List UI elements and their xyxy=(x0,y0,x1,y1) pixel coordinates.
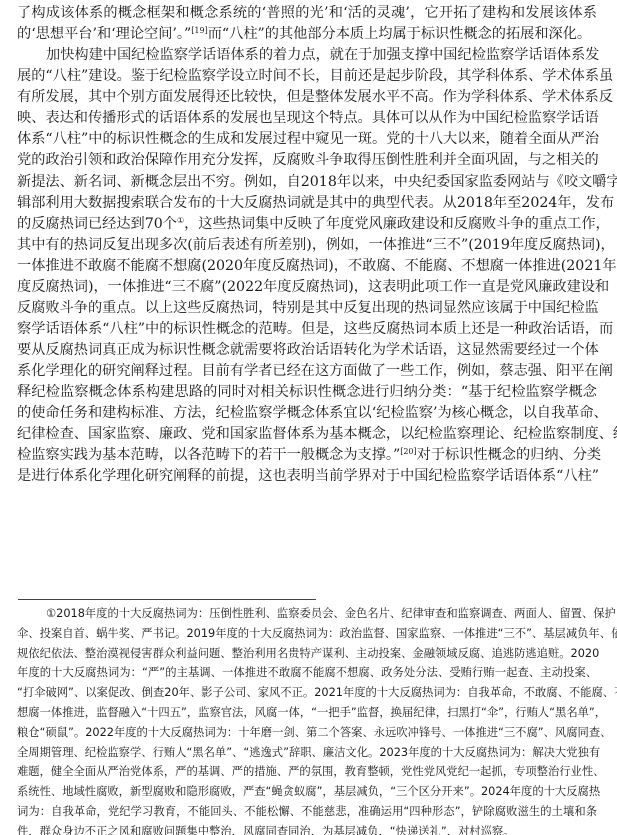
text-line: 展的“八柱”建设。鉴于纪检监察学设立时间不长，目前还是起步阶段，其学科体系、学术… xyxy=(17,66,597,87)
footnote-line: 件，群众身边不正之风和腐败问题集中整治，风腐同查同治，为基层减负，“快递送礼”，… xyxy=(17,822,597,835)
text-line: 了构成该体系的概念框架和概念系统的‘普照的光’和‘活的灵魂’，它开拓了建构和发展… xyxy=(17,3,597,24)
text-line: 释纪检监察概念体系构建思路的同时对相关标识性概念进行归纳分类：“基于纪检监察学概… xyxy=(17,382,597,403)
text-fragment: 对于标识性概念的归纳、分类 xyxy=(417,447,601,463)
citation-ref-20[interactable]: [20] xyxy=(400,447,416,456)
text-line: 的‘思想平台’和‘理论空间’。”[19]而“八柱”的其他部分本质上均属于标识性概… xyxy=(17,24,597,45)
text-line: 一体推进不敢腐不能腐不想腐(2020年度反腐热词)，不敢腐、不能腐、不想腐一体推… xyxy=(17,256,597,277)
text-line: 反腐败斗争的重点。以上这些反腐热词，特别是其中反复出现的热词显然应该属于中国纪检… xyxy=(17,298,597,319)
text-line: 其中有的热词反复出现多次(前后表述有所差别)，例如，一体推进“三不”(2019年… xyxy=(17,235,597,256)
footnote-line: 词为：自我革命，党纪学习教育，不能回头、不能松懈、不能慈悲，准确运用“四种形态”… xyxy=(17,802,597,822)
text-line: 系化学理化的研究阐释过程。目前有学者已经在这方面做了一些工作，例如，蔡志强、阳平… xyxy=(17,361,597,382)
footnote-line: “打伞破网”、以案促改、倒查20年、影子公司、家风不正。2021年度的十大反腐热… xyxy=(17,683,597,703)
text-line: 党的政治引领和政治保障作用充分发挥，反腐败斗争取得压倒性胜利并全面巩固，与之相关… xyxy=(17,150,597,171)
text-line: 映、表达和传播形式的话语体系的发展也呈现这个特点。具体可以从作为中国纪检监察学话… xyxy=(17,108,597,129)
citation-ref-19[interactable]: [19] xyxy=(191,26,207,35)
main-body-text: 了构成该体系的概念框架和概念系统的‘普照的光’和‘活的灵魂’，它开拓了建构和发展… xyxy=(17,3,597,487)
footnote-line: 粮仓“硕鼠”。2022年度的十大反腐热词为：十年磨一剑、第二个答案、永远吹冲锋号… xyxy=(17,723,597,743)
footnote-line: ①2018年度的十大反腐热词为：压倒性胜利、监察委员会、金色名片、纪律审查和监察… xyxy=(17,604,597,624)
footnote-line: 想腐一体推进，监督融入“十四五”，监察官法，风腐一体，“一把手”监督，换届纪律，… xyxy=(17,703,597,723)
text-line: 体系“八柱”中的标识性概念的生成和发展过程中窥见一斑。党的十八大以来，随着全面从… xyxy=(17,129,597,150)
text-line: 的使命任务和建构标准、方法，纪检监察学概念体系宜以‘纪检监察’为核心概念，以自我… xyxy=(17,403,597,424)
footnote-line: 难题，健全全面从严治党体系，严的基调、严的措施、严的氛围，教育整顿，党性党风党纪… xyxy=(17,762,597,782)
text-fragment: ，这些热词集中反映了年度党风廉政建设和反腐败斗争的重点工作， xyxy=(184,216,610,232)
text-fragment: 的‘思想平台’和‘理论空间’。” xyxy=(17,26,191,42)
footnote-line: 系统性、地域性腐败，新型腐败和隐形腐败，严查“蝇贪蚁腐”，基层减负，“三个区分开… xyxy=(17,782,597,802)
text-fragment: 检监察实践为基本范畴，以各范畴下的若干一般概念为支撑。” xyxy=(17,447,400,463)
footnote-line: 规依纪依法、整治漠视侵害群众利益问题、整治利用名贵特产谋利、主动投案、金融领域反… xyxy=(17,644,597,664)
text-line: 的反腐热词已经达到70个①，这些热词集中反映了年度党风廉政建设和反腐败斗争的重点… xyxy=(17,214,597,235)
footnote-line: 年度的十大反腐热词为：“严”的主基调、一体推进不敢腐不能腐不想腐、政务处分法、受… xyxy=(17,663,597,683)
text-fragment: 而“八柱”的其他部分本质上均属于标识性概念的拓展和深化。 xyxy=(208,26,591,42)
footnote-1: ①2018年度的十大反腐热词为：压倒性胜利、监察委员会、金色名片、纪律审查和监察… xyxy=(17,604,597,835)
text-line: 辑部利用大数据搜索联合发布的十大反腐热词就是其中的典型代表。从2018年至202… xyxy=(17,193,597,214)
text-line: 新提法、新名词、新概念层出不穷。例如，自2018年以来，中央纪委国家监委网站与《… xyxy=(17,172,597,193)
text-line: 是进行体系化学理化研究阐释的前提，这也表明当前学界对于中国纪检监察学话语体系“八… xyxy=(17,466,597,487)
text-line: 察学话语体系“八柱”中的标识性概念的范畴。但是，这些反腐热词本质上还是一种政治话… xyxy=(17,319,597,340)
footnote-line: 伞、投案自首、蜗牛奖、严书记。2019年度的十大反腐热词为：政治监督、国家监察、… xyxy=(17,624,597,644)
text-line: 纪律检查、国家监察、廉政、党和国家监督体系为基本概念，以纪检监察理论、纪检监察制… xyxy=(17,424,597,445)
footnote-divider xyxy=(18,599,316,600)
text-line: 要从反腐热词真正成为标识性概念就需要将政治话语转化为学术话语，这显然需要经过一个… xyxy=(17,340,597,361)
text-line: 有所发展，其中个别方面发展得还比较快，但是整体发展水平不高。作为学科体系、学术体… xyxy=(17,87,597,108)
text-line: 检监察实践为基本范畴，以各范畴下的若干一般概念为支撑。”[20]对于标识性概念的… xyxy=(17,445,597,466)
text-line: 度反腐热词)，一体推进“三不腐”(2022年度反腐热词)，这表明此项工作一直是党… xyxy=(17,277,597,298)
footnote-line: 全周期管理、纪检监察学、行贿人“黑名单”、“逃逸式”辞职、廉洁文化。2023年度… xyxy=(17,743,597,763)
document-page: 了构成该体系的概念框架和概念系统的‘普照的光’和‘活的灵魂’，它开拓了建构和发展… xyxy=(0,0,617,835)
text-fragment: 的反腐热词已经达到70个 xyxy=(17,216,177,232)
text-line: 加快构建中国纪检监察学话语体系的着力点，就在于加强支撑中国纪检监察学话语体系发 xyxy=(17,45,597,66)
